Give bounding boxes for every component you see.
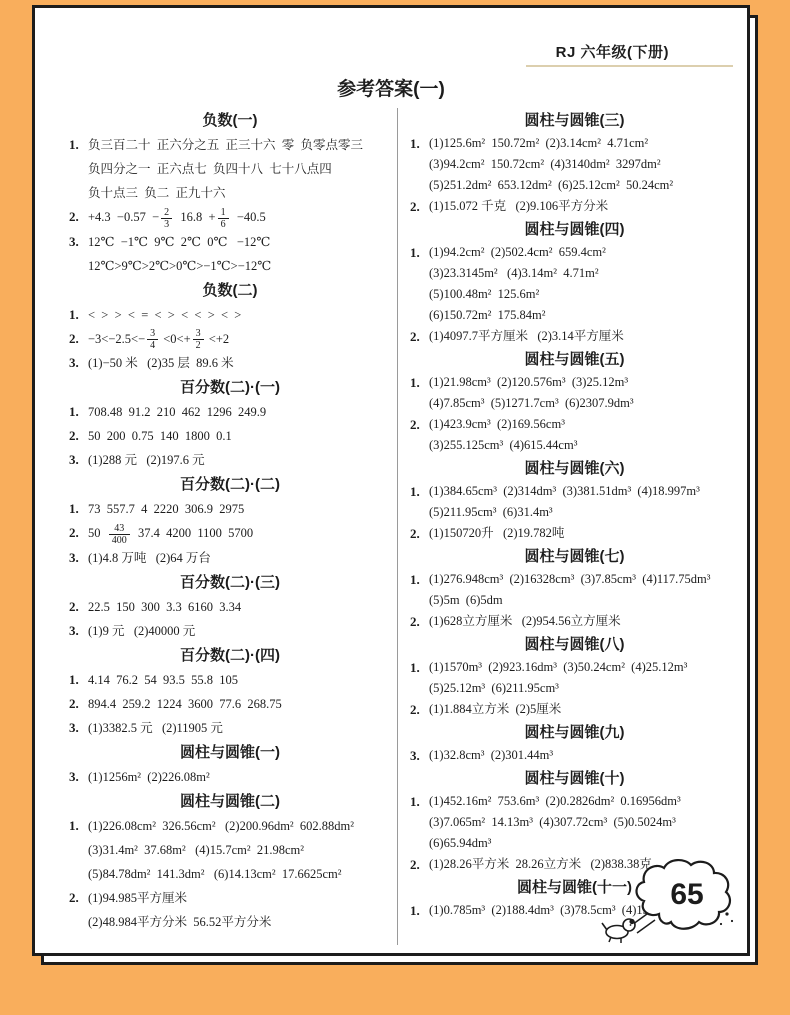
answer-item: 2.50 43400 37.4 4200 1100 5700 [69,521,391,546]
answer-item: 1.708.48 91.2 210 462 1296 249.9 [69,400,391,424]
item-answers: 负三百二十 正六分之五 正三十六 零 负零点零三负四分之一 正六点七 负四十八 … [88,133,391,205]
item-answers: (1)32.8cm³ (2)301.44m³ [429,745,739,766]
answer-line: (1)125.6m² 150.72m² (2)3.14cm² 4.71cm² [429,133,739,154]
answer-line: (1)1570m³ (2)923.16dm³ (3)50.24cm² (4)25… [429,657,739,678]
answer-line: (1)1256m² (2)226.08m² [88,765,391,789]
answer-item: 2.22.5 150 300 3.3 6160 3.34 [69,595,391,619]
fraction-value: 16 [218,207,229,230]
item-number: 3. [69,230,88,278]
answer-item: 3.(1)288 元 (2)197.6 元 [69,448,391,472]
fraction-numerator: 3 [196,328,201,339]
speckle-dot [731,920,733,922]
answer-text: +4.3 −0.57 − [88,210,159,224]
answer-line: (3)31.4m² 37.68m² (4)15.7cm² 21.98cm² [88,838,391,862]
answer-item: 2.(1)150720升 (2)19.782吨 [410,523,739,544]
answer-text: <+2 [206,332,229,346]
item-answers: (1)15.072 千克 (2)9.106平方分米 [429,196,739,217]
item-answers: (1)4097.7平方厘米 (2)3.14平方厘米 [429,326,739,347]
answer-item: 2.50 200 0.75 140 1800 0.1 [69,424,391,448]
item-number: 2. [410,854,429,875]
item-answers: (1)226.08cm² 326.56cm² (2)200.96dm² 602.… [88,814,391,886]
item-number: 2. [410,611,429,632]
item-answers: (1)1.884立方米 (2)5厘米 [429,699,739,720]
item-number: 2. [69,521,88,546]
item-answers: (1)4.8 万吨 (2)64 万台 [88,546,391,570]
section-title: 负数(一) [69,109,391,132]
item-number: 1. [410,372,429,414]
answer-item: 1.4.14 76.2 54 93.5 55.8 105 [69,668,391,692]
answer-item: 2.(1)94.985平方厘米(2)48.984平方分米 56.52平方分米 [69,886,391,934]
answer-line: (1)3382.5 元 (2)11905 元 [88,716,391,740]
answer-line: (4)7.85cm³ (5)1271.7cm³ (6)2307.9dm³ [429,393,739,414]
answer-line: (5)211.95cm³ (6)31.4m³ [429,502,739,523]
section-title: 圆柱与圆锥(四) [410,218,739,241]
section-title: 圆柱与圆锥(五) [410,348,739,371]
answer-line: (1)4097.7平方厘米 (2)3.14平方厘米 [429,326,739,347]
answer-line: (5)25.12m³ (6)211.95cm³ [429,678,739,699]
item-number: 3. [69,716,88,740]
item-answers: +4.3 −0.57 −23 16.8 +16 −40.5 [88,205,391,230]
answer-line: (3)94.2cm² 150.72cm² (4)3140dm² 3297dm² [429,154,739,175]
item-answers: (1)276.948cm³ (2)16328cm³ (3)7.85cm³ (4)… [429,569,739,611]
answer-line: (3)255.125cm³ (4)615.44cm³ [429,435,739,456]
fraction-numerator: 3 [150,328,155,339]
item-answers: (1)1570m³ (2)923.16dm³ (3)50.24cm² (4)25… [429,657,739,699]
item-answers: 894.4 259.2 1224 3600 77.6 268.75 [88,692,391,716]
answer-line: (6)65.94dm³ [429,833,739,854]
item-number: 1. [69,814,88,886]
section-title: 负数(二) [69,279,391,302]
answer-item: 1.< > > < = < > < < > < > [69,303,391,327]
item-answers: (1)125.6m² 150.72m² (2)3.14cm² 4.71cm²(3… [429,133,739,196]
answer-line: (1)21.98cm³ (2)120.576m³ (3)25.12m³ [429,372,739,393]
item-number: 2. [69,327,88,352]
answer-line: +4.3 −0.57 −23 16.8 +16 −40.5 [88,205,391,230]
answer-item: 3.(1)1256m² (2)226.08m² [69,765,391,789]
section-title: 圆柱与圆锥(二) [69,790,391,813]
item-answers: (1)21.98cm³ (2)120.576m³ (3)25.12m³(4)7.… [429,372,739,414]
item-number: 1. [69,668,88,692]
item-number: 1. [410,242,429,326]
item-answers: (1)94.985平方厘米(2)48.984平方分米 56.52平方分米 [88,886,391,934]
answer-item: 3.(1)−50 米 (2)35 层 89.6 米 [69,351,391,375]
answer-line: (6)150.72m² 175.84m² [429,305,739,326]
answer-line: (5)100.48m² 125.6m² [429,284,739,305]
item-number: 3. [410,745,429,766]
item-number: 2. [410,326,429,347]
answer-line: (5)5m (6)5dm [429,590,739,611]
item-answers: 12℃ −1℃ 9℃ 2℃ 0℃ −12℃12℃>9℃>2℃>0℃>−1℃>−1… [88,230,391,278]
item-number: 2. [69,886,88,934]
item-answers: (1)9 元 (2)40000 元 [88,619,391,643]
answers-area: 负数(一)1.负三百二十 正六分之五 正三十六 零 负零点零三负四分之一 正六点… [69,108,739,945]
item-number: 2. [410,699,429,720]
item-answers: 4.14 76.2 54 93.5 55.8 105 [88,668,391,692]
fraction-denominator: 4 [147,339,158,351]
answer-item: 2.(1)423.9cm³ (2)169.56cm³(3)255.125cm³ … [410,414,739,456]
answer-line: (1)452.16m² 753.6m³ (2)0.2826dm² 0.16956… [429,791,739,812]
item-number: 3. [69,351,88,375]
item-answers: 708.48 91.2 210 462 1296 249.9 [88,400,391,424]
answer-line: (1)384.65cm³ (2)314dm³ (3)381.51dm³ (4)1… [429,481,739,502]
answer-line: 4.14 76.2 54 93.5 55.8 105 [88,668,391,692]
answer-line: 22.5 150 300 3.3 6160 3.34 [88,595,391,619]
item-answers: (1)3382.5 元 (2)11905 元 [88,716,391,740]
answer-line: 50 43400 37.4 4200 1100 5700 [88,521,391,546]
answer-line: 12℃ −1℃ 9℃ 2℃ 0℃ −12℃ [88,230,391,254]
answer-line: (1)628立方厘米 (2)954.56立方厘米 [429,611,739,632]
answer-text: 37.4 4200 1100 5700 [132,526,253,540]
page-title: 参考答案(一) [35,74,747,101]
fraction-denominator: 2 [193,339,204,351]
answer-item: 3.(1)3382.5 元 (2)11905 元 [69,716,391,740]
item-answers: < > > < = < > < < > < > [88,303,391,327]
answer-item: 1.(1)94.2cm² (2)502.4cm² 659.4cm²(3)23.3… [410,242,739,326]
answer-line: (5)251.2dm² 653.12dm² (6)25.12cm² 50.24c… [429,175,739,196]
item-number: 1. [410,569,429,611]
answers-column-left: 负数(一)1.负三百二十 正六分之五 正三十六 零 负零点零三负四分之一 正六点… [69,108,397,934]
answer-item: 1.(1)452.16m² 753.6m³ (2)0.2826dm² 0.169… [410,791,739,854]
answer-line: (5)84.78dm² 141.3dm² (6)14.13cm² 17.6625… [88,862,391,886]
fraction-numerator: 1 [221,207,226,218]
fraction-numerator: 43 [114,523,124,534]
answer-item: 2.−3<−2.5<−34 <0<+32 <+2 [69,327,391,352]
fraction-value: 34 [147,328,158,351]
item-answers: (1)288 元 (2)197.6 元 [88,448,391,472]
section-title: 圆柱与圆锥(七) [410,545,739,568]
section-title: 圆柱与圆锥(三) [410,109,739,132]
item-answers: (1)94.2cm² (2)502.4cm² 659.4cm²(3)23.314… [429,242,739,326]
speckle-dot [720,923,722,925]
answer-item: 2.(1)628立方厘米 (2)954.56立方厘米 [410,611,739,632]
section-title: 圆柱与圆锥(八) [410,633,739,656]
answer-sheet-page: RJ 六年级(下册) 参考答案(一) 负数(一)1.负三百二十 正六分之五 正三… [32,5,750,956]
book-edition-header: RJ 六年级(下册) [556,41,669,62]
item-number: 2. [69,205,88,230]
item-answers: (1)423.9cm³ (2)169.56cm³(3)255.125cm³ (4… [429,414,739,456]
answer-item: 1.73 557.7 4 2220 306.9 2975 [69,497,391,521]
answer-line: 负三百二十 正六分之五 正三十六 零 负零点零三 [88,133,391,157]
item-number: 3. [69,619,88,643]
item-answers: (1)628立方厘米 (2)954.56立方厘米 [429,611,739,632]
item-number: 3. [69,448,88,472]
answer-text: 16.8 + [174,210,215,224]
answer-line: (1)15.072 千克 (2)9.106平方分米 [429,196,739,217]
answer-line: (1)94.2cm² (2)502.4cm² 659.4cm² [429,242,739,263]
answer-text: 50 [88,526,107,540]
page-number-badge: 65 [599,852,739,949]
fraction-numerator: 2 [164,207,169,218]
item-number: 2. [410,196,429,217]
answer-line: (3)7.065m² 14.13m³ (4)307.72cm³ (5)0.502… [429,812,739,833]
section-title: 圆柱与圆锥(九) [410,721,739,744]
answer-line: (3)23.3145m² (4)3.14m² 4.71m² [429,263,739,284]
header-underline [526,65,733,67]
fraction-denominator: 400 [109,534,130,546]
item-number: 2. [69,692,88,716]
fraction-value: 32 [193,328,204,351]
answer-line: (1)150720升 (2)19.782吨 [429,523,739,544]
answer-item: 3.(1)32.8cm³ (2)301.44m³ [410,745,739,766]
fraction-value: 23 [161,207,172,230]
section-title: 百分数(二)·(二) [69,473,391,496]
answer-line: (1)1.884立方米 (2)5厘米 [429,699,739,720]
fraction-denominator: 3 [161,218,172,230]
answer-item: 2.(1)15.072 千克 (2)9.106平方分米 [410,196,739,217]
answer-line: (1)32.8cm³ (2)301.44m³ [429,745,739,766]
fraction-value: 43400 [109,523,130,546]
item-number: 1. [69,303,88,327]
item-number: 2. [410,523,429,544]
answer-item: 1.(1)384.65cm³ (2)314dm³ (3)381.51dm³ (4… [410,481,739,523]
item-answers: (1)1256m² (2)226.08m² [88,765,391,789]
answer-item: 3.12℃ −1℃ 9℃ 2℃ 0℃ −12℃12℃>9℃>2℃>0℃>−1℃>… [69,230,391,278]
section-title: 百分数(二)·(四) [69,644,391,667]
item-number: 1. [410,791,429,854]
answer-line: −3<−2.5<−34 <0<+32 <+2 [88,327,391,352]
answer-line: 894.4 259.2 1224 3600 77.6 268.75 [88,692,391,716]
answer-item: 1.(1)1570m³ (2)923.16dm³ (3)50.24cm² (4)… [410,657,739,699]
item-answers: (1)−50 米 (2)35 层 89.6 米 [88,351,391,375]
section-title: 圆柱与圆锥(十) [410,767,739,790]
answer-line: (1)9 元 (2)40000 元 [88,619,391,643]
bubble-tail-line [637,920,655,933]
answer-line: (1)288 元 (2)197.6 元 [88,448,391,472]
item-number: 2. [69,424,88,448]
answer-line: (2)48.984平方分米 56.52平方分米 [88,910,391,934]
dog-mascot-icon [602,919,635,943]
item-answers: 50 200 0.75 140 1800 0.1 [88,424,391,448]
answer-item: 3.(1)4.8 万吨 (2)64 万台 [69,546,391,570]
answer-line: < > > < = < > < < > < > [88,303,391,327]
answers-column-right: 圆柱与圆锥(三)1.(1)125.6m² 150.72m² (2)3.14cm²… [397,108,739,945]
item-number: 2. [410,414,429,456]
item-number: 1. [69,133,88,205]
answer-item: 1.(1)21.98cm³ (2)120.576m³ (3)25.12m³(4)… [410,372,739,414]
item-answers: −3<−2.5<−34 <0<+32 <+2 [88,327,391,352]
answer-line: (1)4.8 万吨 (2)64 万台 [88,546,391,570]
answer-text: −3<−2.5<− [88,332,145,346]
answer-item: 2.(1)4097.7平方厘米 (2)3.14平方厘米 [410,326,739,347]
fraction-denominator: 6 [218,218,229,230]
item-number: 1. [69,400,88,424]
page-number-cloud-graphic: 65 [599,852,739,944]
answer-line: 708.48 91.2 210 462 1296 249.9 [88,400,391,424]
answer-item: 2.+4.3 −0.57 −23 16.8 +16 −40.5 [69,205,391,230]
answer-line: (1)226.08cm² 326.56cm² (2)200.96dm² 602.… [88,814,391,838]
page-number: 65 [670,878,703,911]
answer-item: 1.(1)125.6m² 150.72m² (2)3.14cm² 4.71cm²… [410,133,739,196]
item-number: 1. [69,497,88,521]
answer-line: 50 200 0.75 140 1800 0.1 [88,424,391,448]
answer-text: −40.5 [231,210,266,224]
answer-item: 3.(1)9 元 (2)40000 元 [69,619,391,643]
answer-line: (1)−50 米 (2)35 层 89.6 米 [88,351,391,375]
item-answers: (1)384.65cm³ (2)314dm³ (3)381.51dm³ (4)1… [429,481,739,523]
answer-line: 负四分之一 正六点七 负四十八 七十八点四 [88,157,391,181]
item-number: 3. [69,546,88,570]
item-answers: (1)150720升 (2)19.782吨 [429,523,739,544]
item-number: 2. [69,595,88,619]
item-number: 1. [410,481,429,523]
section-title: 圆柱与圆锥(一) [69,741,391,764]
answer-item: 2.894.4 259.2 1224 3600 77.6 268.75 [69,692,391,716]
item-number: 1. [410,900,429,921]
section-title: 圆柱与圆锥(六) [410,457,739,480]
section-title: 百分数(二)·(一) [69,376,391,399]
answer-line: (1)94.985平方厘米 [88,886,391,910]
answer-text: <0<+ [160,332,191,346]
item-number: 1. [410,133,429,196]
answer-line: (1)276.948cm³ (2)16328cm³ (3)7.85cm³ (4)… [429,569,739,590]
speckle-dot [725,912,728,915]
answer-line: 负十点三 负二 正九十六 [88,181,391,205]
answer-line: 73 557.7 4 2220 306.9 2975 [88,497,391,521]
answer-line: 12℃>9℃>2℃>0℃>−1℃>−12℃ [88,254,391,278]
item-answers: (1)452.16m² 753.6m³ (2)0.2826dm² 0.16956… [429,791,739,854]
item-answers: 50 43400 37.4 4200 1100 5700 [88,521,391,546]
item-number: 1. [410,657,429,699]
answer-item: 1.负三百二十 正六分之五 正三十六 零 负零点零三负四分之一 正六点七 负四十… [69,133,391,205]
section-title: 百分数(二)·(三) [69,571,391,594]
answer-item: 1.(1)226.08cm² 326.56cm² (2)200.96dm² 60… [69,814,391,886]
answer-item: 1.(1)276.948cm³ (2)16328cm³ (3)7.85cm³ (… [410,569,739,611]
item-number: 3. [69,765,88,789]
item-answers: 73 557.7 4 2220 306.9 2975 [88,497,391,521]
answer-item: 2.(1)1.884立方米 (2)5厘米 [410,699,739,720]
answer-line: (1)423.9cm³ (2)169.56cm³ [429,414,739,435]
item-answers: 22.5 150 300 3.3 6160 3.34 [88,595,391,619]
